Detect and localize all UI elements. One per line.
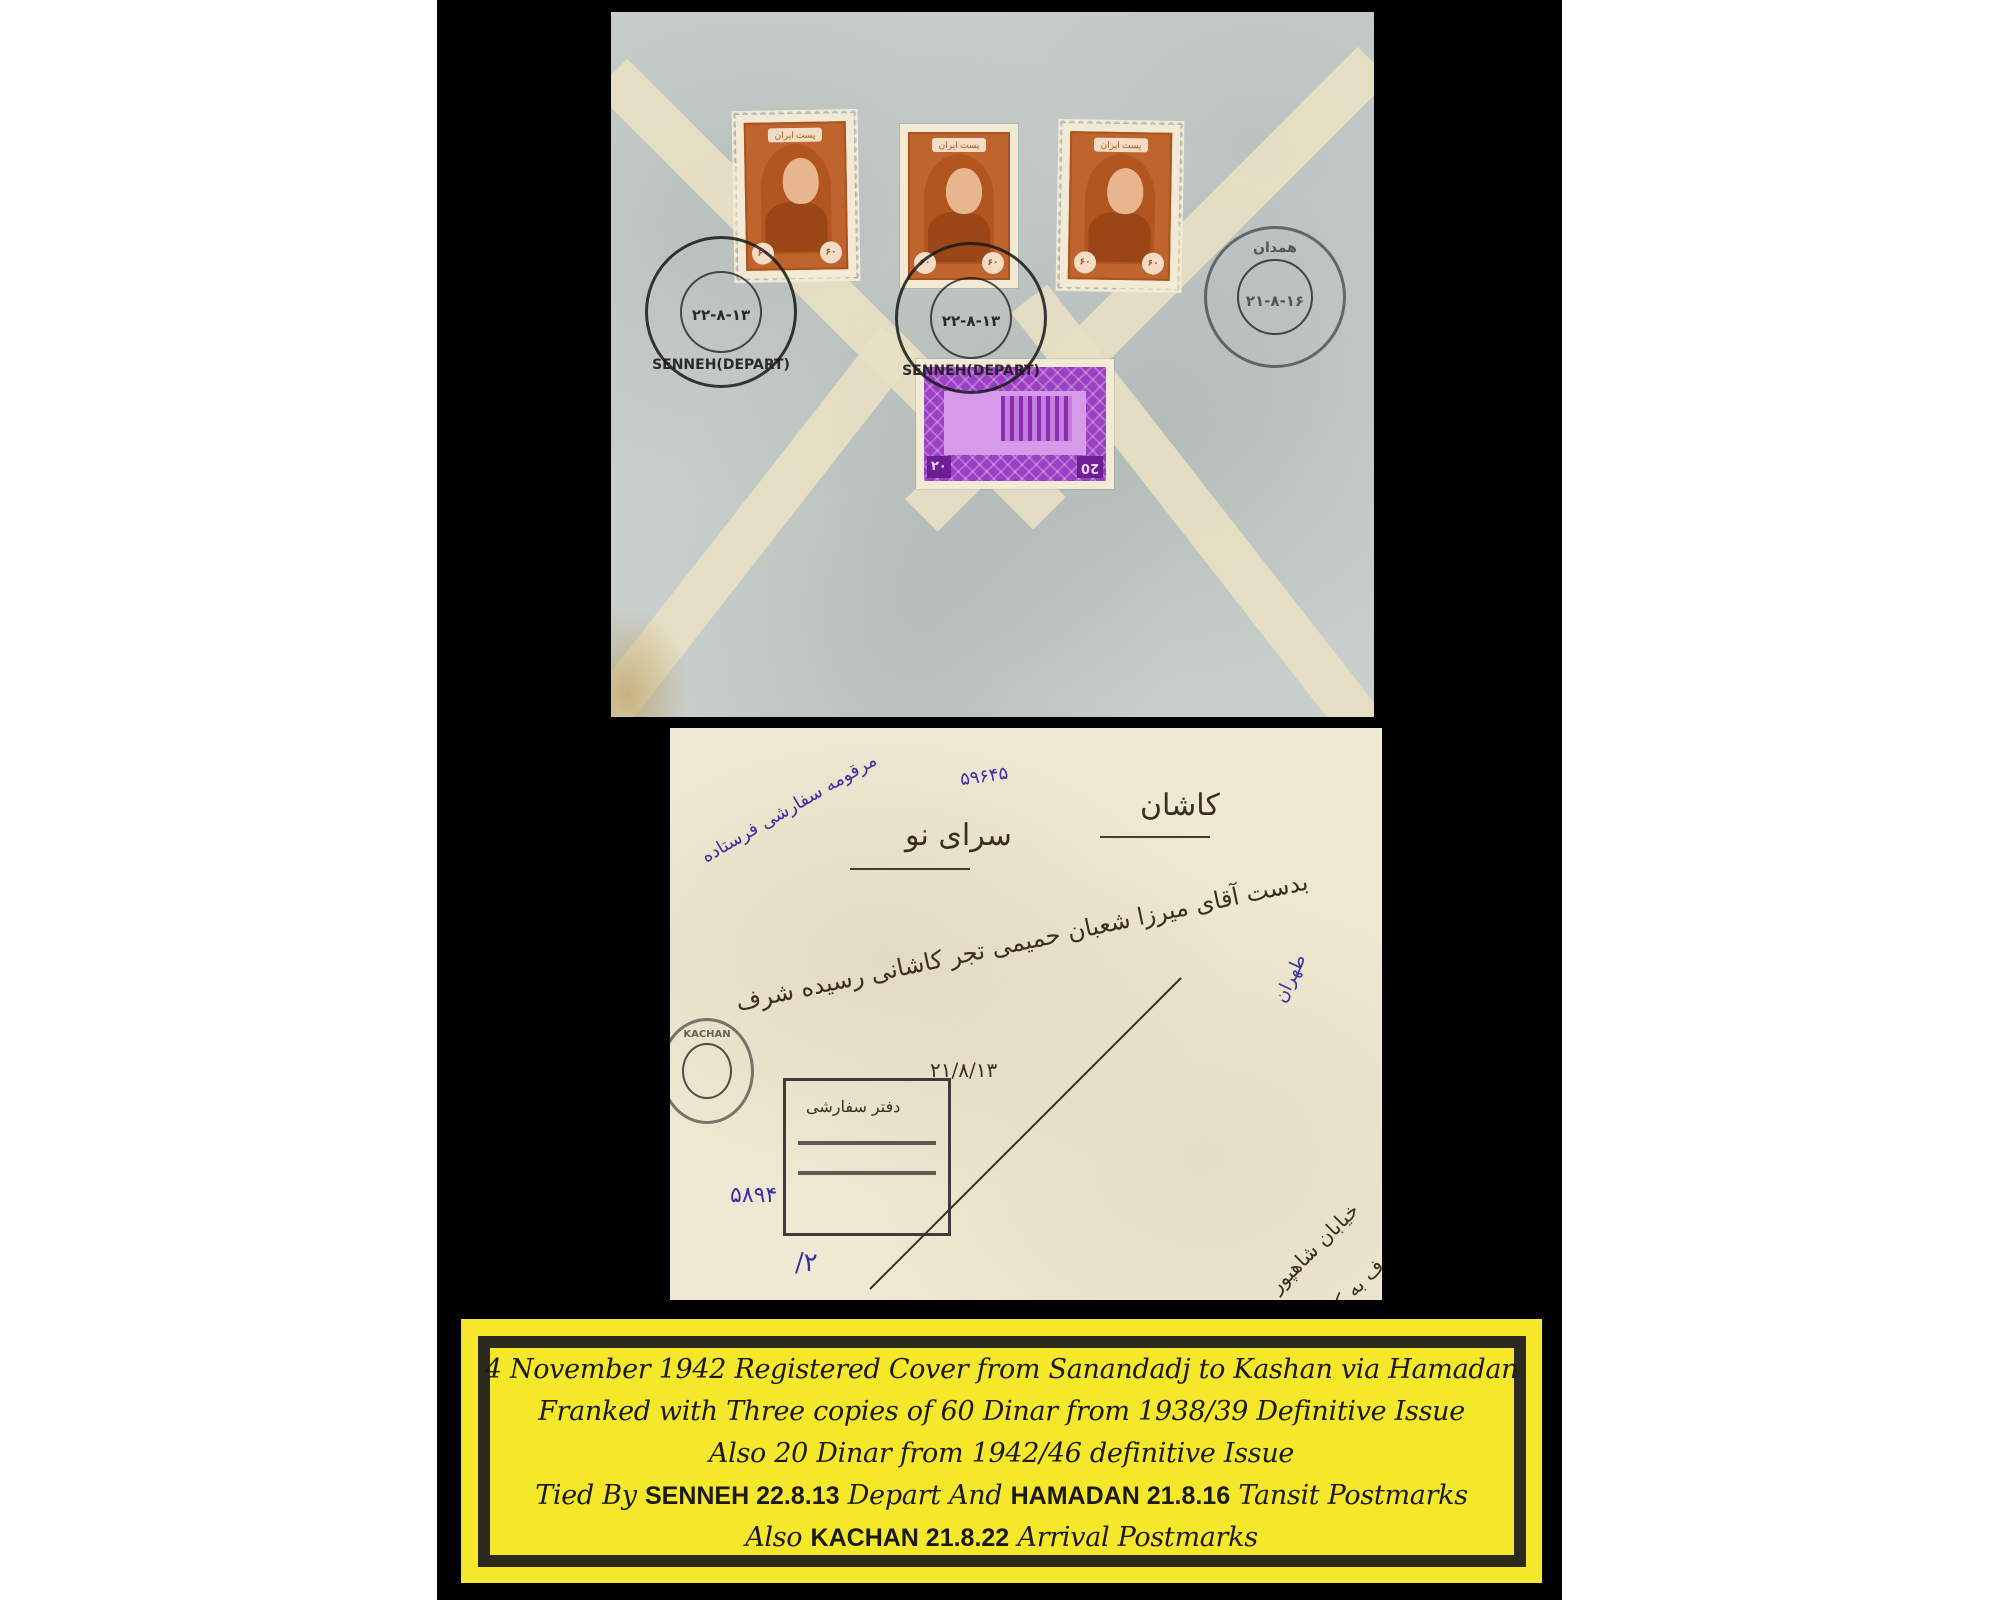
postmark-kachan-arrival: KACHAN	[670, 1018, 754, 1124]
stamp-60-dinar: پست ایران ۶۰ ۶۰	[1060, 123, 1181, 289]
blue-reference-number: ۵۹۶۴۵	[959, 763, 1010, 791]
caption-line-1: 4 November 1942 Registered Cover from Sa…	[461, 1349, 1542, 1391]
arrival-postmark-text: KACHAN 21.8.22	[811, 1524, 1010, 1552]
address-line: بدست آقای میرزا شعبان حمیمی تجر کاشانی ر…	[733, 868, 1310, 1017]
portrait	[782, 158, 819, 205]
caption-line-5: Also KACHAN 21.8.22 Arrival Postmarks	[461, 1517, 1542, 1559]
city-handwriting: کاشان	[1140, 788, 1220, 823]
caption-line-4: Tied By SENNEH 22.8.13 Depart And HAMADA…	[461, 1475, 1542, 1517]
building-vignette	[1001, 396, 1072, 441]
registration-number: ۵۸۹۴	[730, 1183, 777, 1208]
caption-line-3: Also 20 Dinar from 1942/46 definitive Is…	[461, 1433, 1542, 1475]
postmark-senneh-depart: ۲۲-۸-۱۳ SENNEH(DEPART)	[895, 242, 1047, 394]
registration-box-cachet: دفتر سفارشی	[783, 1078, 951, 1236]
district-underline	[850, 868, 970, 870]
stamp-country-label: پست ایران	[1094, 138, 1148, 153]
district-handwriting: سرای نو	[905, 818, 1012, 853]
stamp-country-label: پست ایران	[932, 138, 986, 152]
caption-line-2: Franked with Three copies of 60 Dinar fr…	[461, 1391, 1542, 1433]
blue-mark: ۲/	[795, 1248, 818, 1278]
depart-postmark-text: SENNEH 22.8.13	[645, 1482, 840, 1510]
portrait	[1107, 168, 1144, 215]
transit-postmark-text: HAMADAN 21.8.16	[1011, 1482, 1231, 1510]
exhibit-caption-label: 4 November 1942 Registered Cover from Sa…	[461, 1319, 1542, 1583]
paper-stain	[611, 607, 691, 717]
city-underline	[1100, 836, 1210, 838]
cover-front-image: کاشان سرای نو ۵۹۶۴۵ مرقومه سفارشی فرستاد…	[670, 728, 1382, 1300]
stamp-country-label: پست ایران	[768, 128, 822, 143]
portrait	[946, 168, 982, 214]
blue-side-note: طهران	[1270, 951, 1310, 1006]
postmark-senneh-depart: ۲۲-۸-۱۳ SENNEH(DEPART)	[645, 236, 797, 388]
cover-back-image: پست ایران ۶۰ ۶۰ پست ایران ۶۰ ۶۰ پست ایرا…	[611, 12, 1374, 717]
postmark-hamadan-transit: همدان ۲۱-۸-۱۶	[1204, 226, 1346, 368]
blue-registration-note: مرقومه سفارشی فرستاده	[698, 750, 881, 868]
